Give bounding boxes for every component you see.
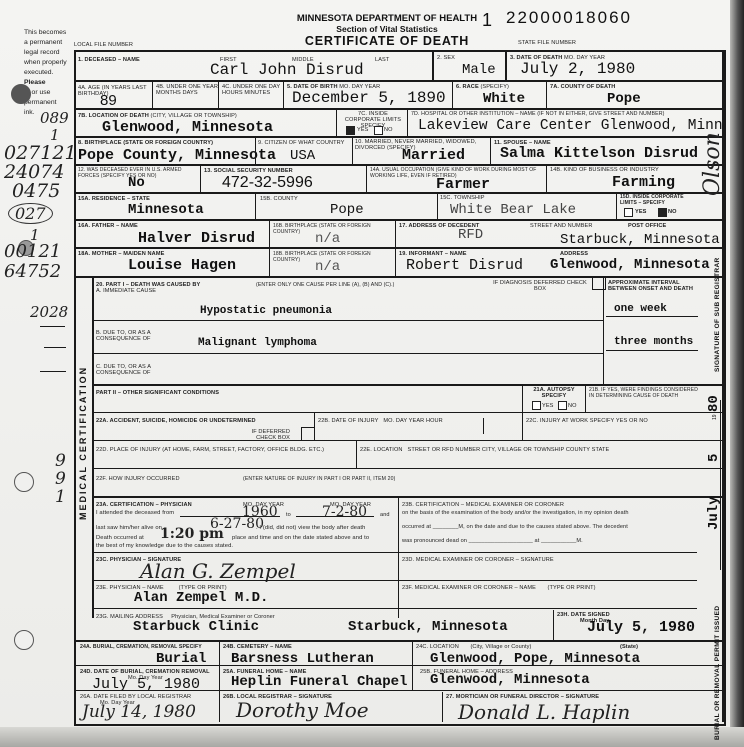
f15c-label: 15c. TOWNSHIP xyxy=(440,195,485,201)
citizenship: USA xyxy=(290,149,315,164)
funeral-home-name: Heplin Funeral Chapel xyxy=(231,675,407,690)
f23b-label: 23b. CERTIFICATION – MEDICAL EXAMINER OR… xyxy=(402,502,564,508)
f17-street-label: Street and Number xyxy=(530,223,593,229)
local-file-number-label: LOCAL FILE NUMBER xyxy=(74,42,133,48)
cause-b-label: B. DUE TO, OR AS A CONSEQUENCE OF xyxy=(96,330,186,342)
f23a-label: 23a. CERTIFICATION – PHYSICIAN xyxy=(96,502,192,508)
f24a-label: 24a. BURIAL, CREMATION, REMOVAL Specify xyxy=(80,644,220,650)
f8-label: 8. BIRTHPLACE (State or Foreign Country) xyxy=(78,140,213,146)
f7c-no-checkbox[interactable] xyxy=(374,126,383,135)
usual-occupation: Farmer xyxy=(436,177,490,192)
f7c-yes-label: YES xyxy=(357,127,369,133)
f7c-yes-checkbox[interactable] xyxy=(346,126,355,135)
residence-county: Pope xyxy=(330,203,364,218)
f15d-yes-label: YES xyxy=(635,209,647,215)
f2-label: 2. SEX xyxy=(437,55,455,61)
f23d-label: 23d. MEDICAL EXAMINER OR CORONER – SIGNA… xyxy=(402,557,554,563)
part2-label: PART II – OTHER SIGNIFICANT CONDITIONS xyxy=(96,390,219,396)
permit-year-prefix: 19 xyxy=(712,414,718,420)
informant-address: Glenwood, Minnesota xyxy=(550,258,710,273)
age-value: 89 xyxy=(100,93,117,108)
f22f-sub: (Enter Nature of Injury in Part I or Par… xyxy=(243,476,395,482)
f24c-label: 24c. LOCATION (City, Village or County) xyxy=(416,644,532,650)
sub-registrar-signature-label: SIGNATURE OF SUB REGISTRAR xyxy=(714,257,721,372)
residence-township: White Bear Lake xyxy=(450,203,576,218)
certificate-title: CERTIFICATE OF DEATH xyxy=(262,34,512,48)
row-divider xyxy=(74,80,724,82)
f7c-no-label: NO xyxy=(384,127,393,133)
f22b-label: 22b. DATE OF INJURY Mo. Day Year Hour xyxy=(318,418,443,424)
margin-dash xyxy=(44,347,66,348)
f21b-label: 21b. If Yes, were findings considered in… xyxy=(589,387,699,399)
f7d-label: 7d. HOSPITAL OR OTHER INSTITUTION – Name… xyxy=(411,111,665,117)
f16a-label: 16a. FATHER – NAME xyxy=(78,223,138,229)
f23f-label: 23f. MEDICAL EXAMINER OR CORONER – NAME … xyxy=(402,585,596,591)
part1-immediate-label: A. IMMEDIATE CAUSE xyxy=(96,288,156,294)
scan-bottom-band xyxy=(0,727,744,747)
f14b-label: 14b. KIND OF BUSINESS OR INDUSTRY xyxy=(550,167,659,173)
f4b-label: 4b. Under One YearMonths Days xyxy=(156,84,218,96)
f15d-no-checkbox[interactable] xyxy=(658,208,667,217)
f15d-yes-checkbox[interactable] xyxy=(624,208,633,217)
margin-dash xyxy=(40,326,65,327)
f23a-text2: last saw him/her alive on xyxy=(96,525,162,531)
margin-handwriting: 089 1 xyxy=(36,110,69,144)
deceased-name: Carl John Disrud xyxy=(210,63,364,78)
date-signed: July 5, 1980 xyxy=(587,620,695,635)
kind-of-business: Farming xyxy=(612,175,675,190)
sex-value: Male xyxy=(462,63,496,78)
cause-b-value: Malignant lymphoma xyxy=(198,336,317,351)
physician-name: Alan Zempel M.D. xyxy=(134,591,268,606)
funeral-home-address: Glenwood, Minnesota xyxy=(430,673,590,688)
f23a-to: 7-2-80 xyxy=(322,504,367,520)
f23a-text1: I attended the deceased from xyxy=(96,510,174,516)
row-divider xyxy=(74,219,724,221)
mother-maiden-name: Louise Hagen xyxy=(128,258,236,273)
f22f-label: 22f. HOW INJURY OCCURRED xyxy=(96,476,180,482)
f26a-label: 26a. DATE FILED BY LOCAL REGISTRAR xyxy=(80,694,191,700)
margin-handwriting-circled: 027 xyxy=(8,203,53,224)
f15d-no-label: NO xyxy=(668,209,677,215)
margin-handwriting-4: 00121 64752 xyxy=(4,242,61,282)
f4c-label: 4c. Under One DayHours Minutes xyxy=(222,84,280,96)
date-filed: July 14, 1980 xyxy=(82,702,196,722)
f15b-label: 15b. COUNTY xyxy=(260,196,298,202)
mailing-address-clinic: Starbuck Clinic xyxy=(133,620,259,635)
autopsy-no-label: NO xyxy=(568,403,577,409)
cause-a-value: Hypostatic pneumonia xyxy=(200,304,332,319)
decedent-street: RFD xyxy=(458,228,483,243)
date-of-birth: December 5, 1890 xyxy=(292,91,446,106)
f23b-text2: occurred at ________M, on the date and d… xyxy=(402,524,628,530)
row-divider xyxy=(74,108,724,110)
race-value: White xyxy=(483,92,525,107)
residence-state: Minnesota xyxy=(128,203,204,218)
cause-b-interval: three months xyxy=(614,335,693,350)
f1-label: 1. DECEASED – NAME xyxy=(78,57,140,63)
location-of-death: Glenwood, Minnesota xyxy=(102,120,273,135)
f23a-text6: the best of my knowledge due to the caus… xyxy=(96,543,233,549)
cause-a-interval: one week xyxy=(614,302,667,317)
f23a-to-label: to xyxy=(286,512,291,518)
f23a-and: and xyxy=(380,512,390,518)
deferred-label: IF DIAGNOSIS DEFERRED Check Box xyxy=(490,280,590,292)
department-name: MINNESOTA DEPARTMENT OF HEALTH xyxy=(282,13,492,24)
informant-name: Robert Disrud xyxy=(406,258,523,273)
birthplace: Pope County, Minnesota xyxy=(78,148,276,163)
f1-last-label: LAST xyxy=(375,57,389,63)
punch-hole-middle xyxy=(14,472,34,492)
f15d-label: 15d. Inside Corporate Limits – Specify xyxy=(620,194,690,206)
county-of-death: Pope xyxy=(607,92,641,107)
marital-status: Married xyxy=(402,148,465,163)
margin-note: This becomes a permanent legal record wh… xyxy=(24,28,67,118)
f23a-text3: . I (did, did not) view the body after d… xyxy=(256,525,365,531)
f22e-label: 22e. LOCATION Street or RFD Number City,… xyxy=(360,447,609,453)
row-divider xyxy=(74,136,724,138)
f23b-text3: was pronounced dead on _________________… xyxy=(402,538,583,544)
date-of-death: July 2, 1980 xyxy=(520,62,635,77)
punch-hole-bottom xyxy=(14,630,34,650)
f23a-text5: place and time and on the date stated ab… xyxy=(232,535,369,541)
father-birthplace: n/a xyxy=(315,232,340,247)
scan-edge xyxy=(730,0,744,747)
funeral-director-signature: Donald L. Haplin xyxy=(458,700,630,724)
part1-instructions: (Enter only one cause per line (A), (B) … xyxy=(256,282,394,288)
f22d-label: 22d. PLACE OF INJURY (At Home, Farm, Str… xyxy=(96,447,324,453)
section-name: Section of Vital Statistics xyxy=(282,24,492,34)
armed-forces: No xyxy=(128,176,145,191)
f17-post-label: Post Office xyxy=(628,223,666,229)
permit-issued-label: BURIAL OR REMOVAL PERMIT ISSUED xyxy=(714,606,721,740)
f9-label: 9. Citizen of What Country xyxy=(258,140,345,146)
mailing-address-city: Starbuck, Minnesota xyxy=(348,620,508,635)
f6-label: 6. RACE (Specify) xyxy=(456,84,509,90)
social-security-number: 472-32-5996 xyxy=(222,175,313,190)
medical-certification-label: MEDICAL CERTIFICATION xyxy=(78,366,88,520)
interval-label: Approximate Interval Between Onset and D… xyxy=(608,280,698,292)
header-separator: 1 xyxy=(482,10,492,31)
father-name: Halver Disrud xyxy=(138,231,255,246)
autopsy-yes-checkbox[interactable] xyxy=(532,401,541,410)
state-file-number-label: STATE FILE NUMBER xyxy=(518,40,576,46)
margin-dash xyxy=(40,371,66,372)
margin-handwriting-5: 2028 xyxy=(30,303,68,321)
margin-handwriting-6: 9 9 1 xyxy=(55,452,66,506)
f23a-text4: Death occurred at xyxy=(96,535,144,541)
autopsy-label: 21a. AUTOPSY Specify xyxy=(526,387,582,399)
f24c-state-label: (State) xyxy=(620,644,638,650)
f23a-time: 1:20 pm xyxy=(160,526,224,542)
cause-c-label: C. DUE TO, OR AS A CONSEQUENCE OF xyxy=(96,364,186,376)
f22c-label: 22c. INJURY AT WORK Specify Yes or No xyxy=(526,418,648,424)
state-file-number: 22000018060 xyxy=(506,10,632,25)
hospital-name: Lakeview Care Center Glenwood, Minn xyxy=(418,119,723,134)
decedent-post-office: Starbuck, Minnesota xyxy=(560,233,720,248)
f22a-deferred-checkbox[interactable] xyxy=(301,427,315,441)
f22a-label: 22a. ACCIDENT, SUICIDE, HOMICIDE OR UNDE… xyxy=(96,418,256,424)
f23b-text1: on the basis of the examination of the b… xyxy=(402,510,629,516)
spouse-name: Salma Kittelson Disrud xyxy=(500,146,698,161)
row-divider xyxy=(74,164,724,166)
mother-birthplace: n/a xyxy=(315,260,340,275)
punch-hole-top xyxy=(11,84,31,104)
autopsy-yes-label: YES xyxy=(542,403,554,409)
margin-handwriting-2: 027121 24074 0475 xyxy=(4,144,77,201)
autopsy-no-checkbox[interactable] xyxy=(558,401,567,410)
sub-registrar-signature: Olson xyxy=(700,132,725,196)
f7a-label: 7a. COUNTY OF DEATH xyxy=(550,84,615,90)
local-registrar-signature: Dorothy Moe xyxy=(236,698,369,722)
f24b-label: 24b. CEMETERY – NAME xyxy=(223,644,292,650)
row-divider xyxy=(74,276,724,278)
